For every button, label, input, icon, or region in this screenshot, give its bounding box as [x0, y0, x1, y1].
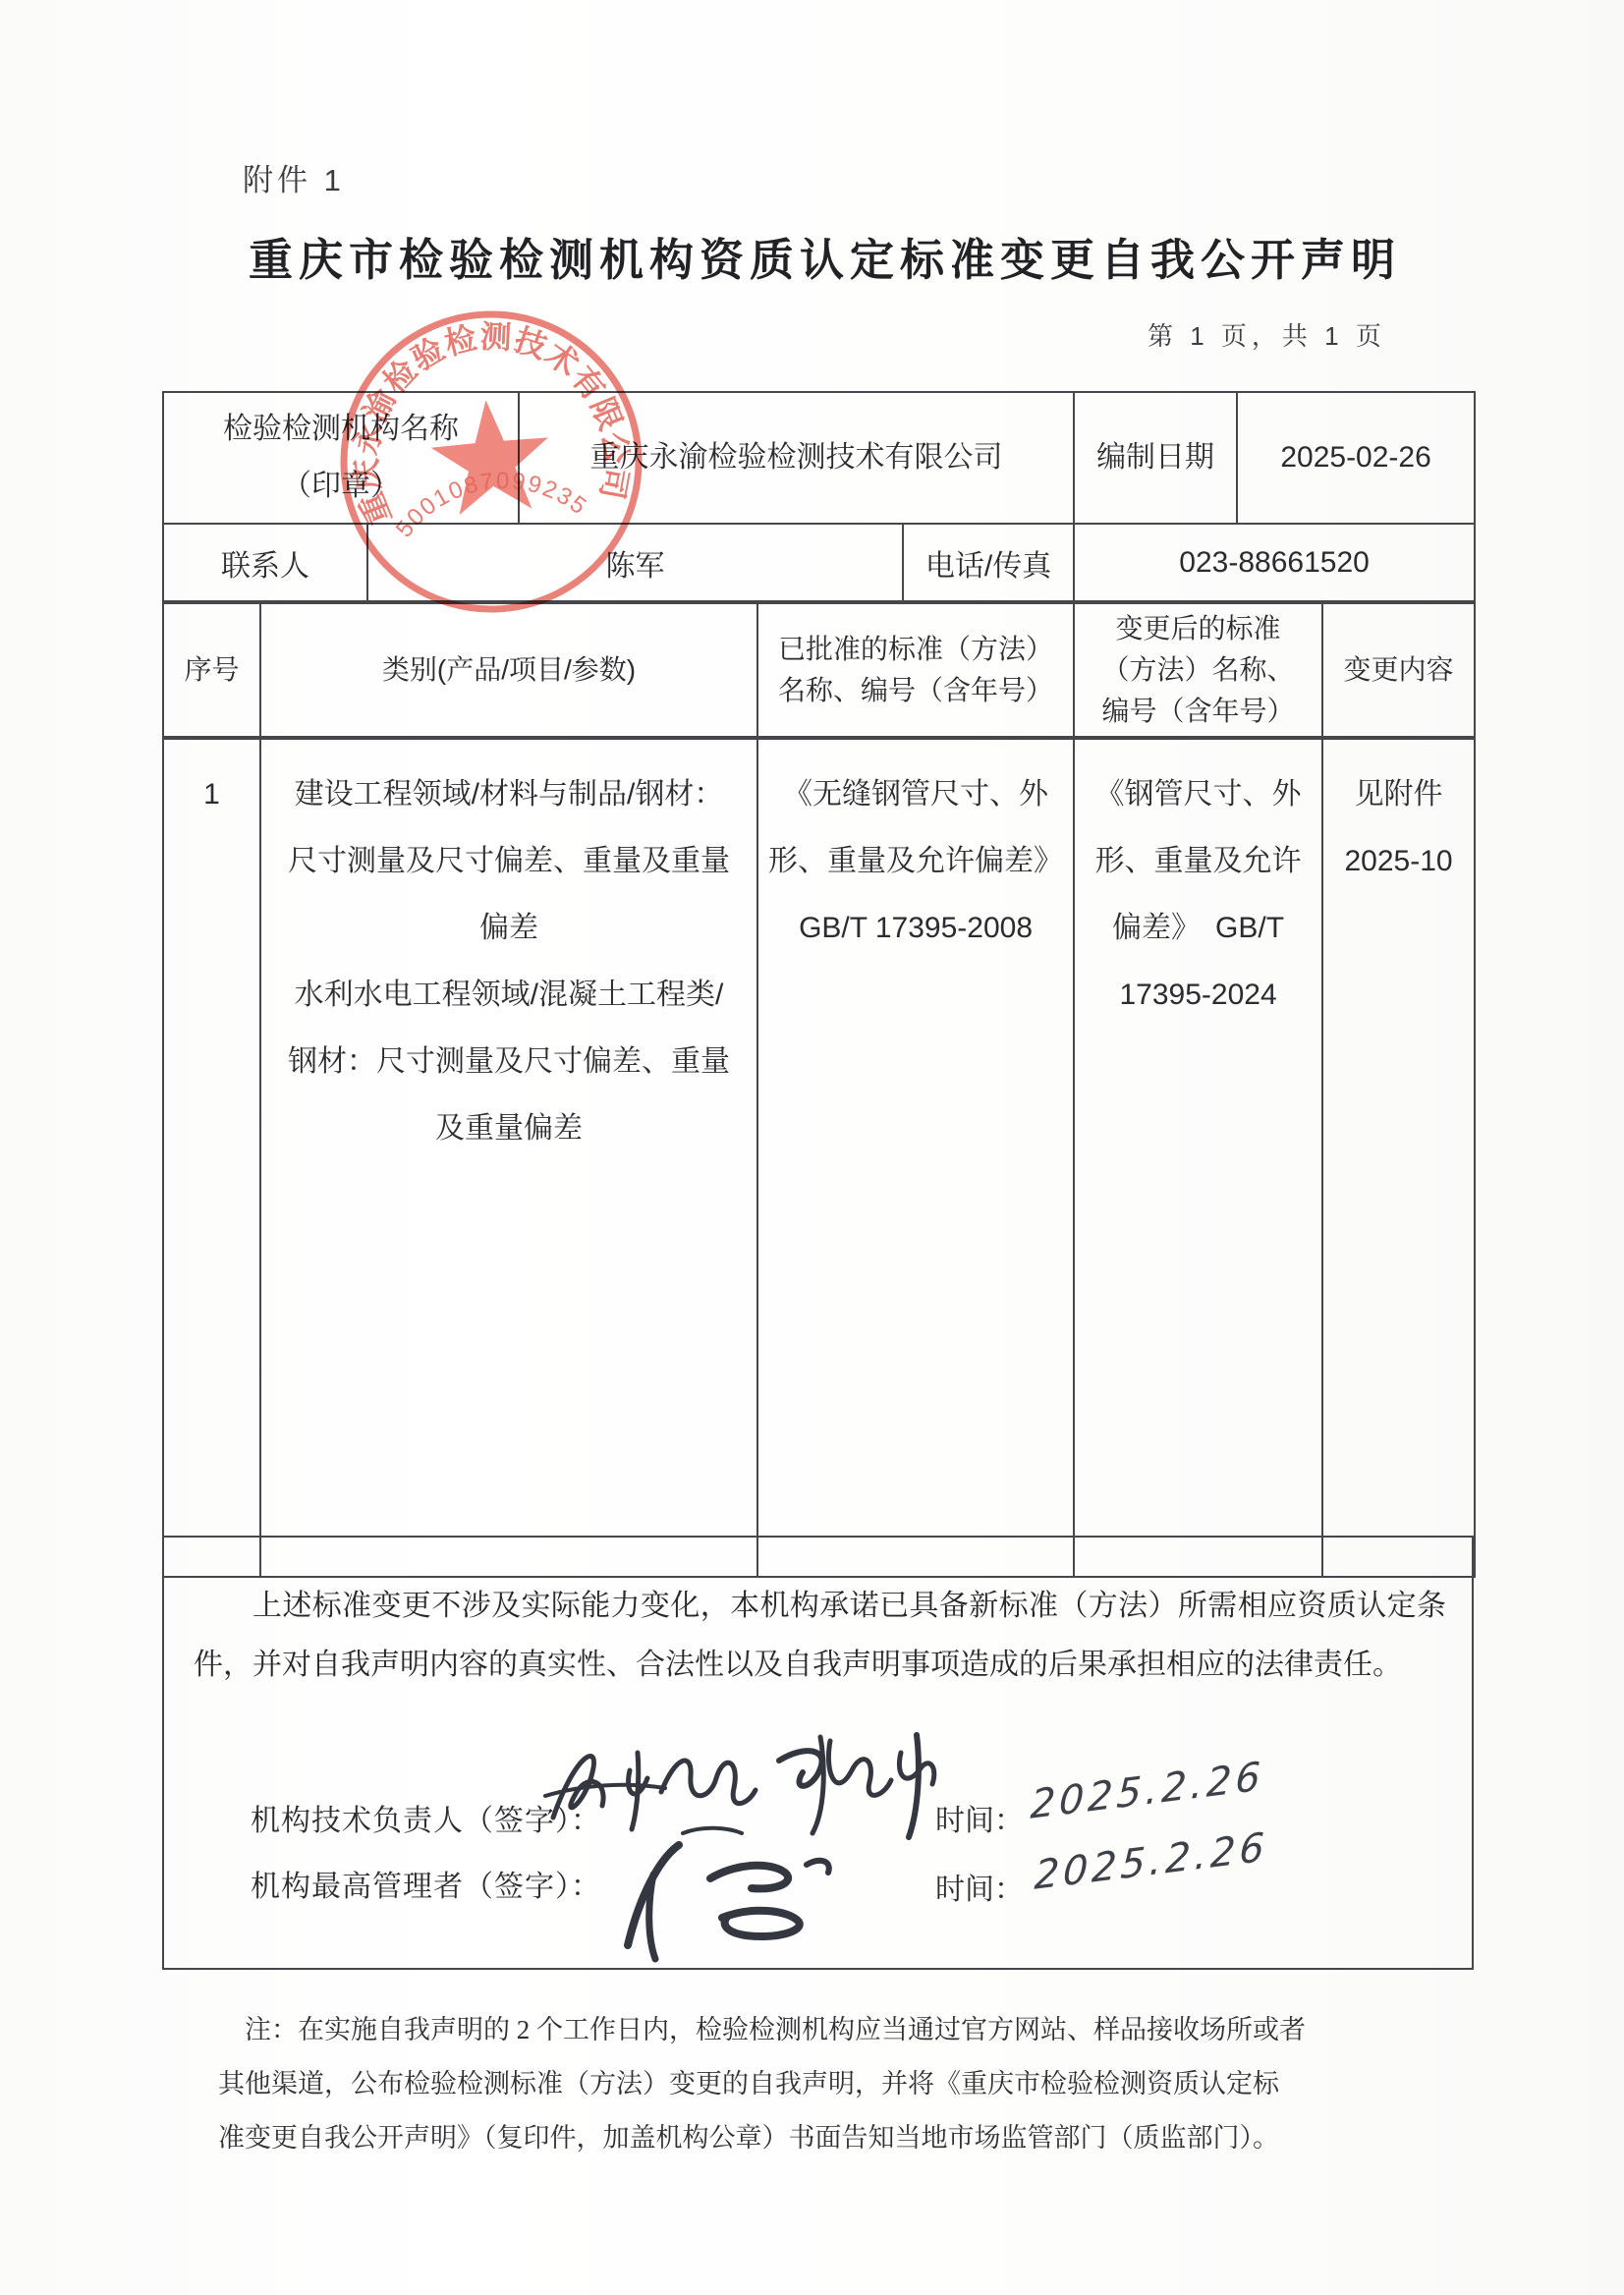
page-indicator: 第 1 页，共 1 页 — [1148, 316, 1386, 353]
header-changed-standard: 变更后的标准 （方法）名称、 编号（含年号） — [1074, 602, 1322, 738]
seal-serial-number: 5001087099235 — [386, 460, 594, 544]
top-manager-signature — [585, 1835, 869, 1973]
date-value-cell: 2025-02-26 — [1237, 392, 1475, 524]
header-change-content: 变更内容 — [1322, 602, 1475, 738]
attachment-label: 附件 1 — [243, 155, 345, 199]
cell-category: 建设工程领域/材料与制品/钢材： 尺寸测量及尺寸偏差、重量及重量 偏差 水利水电… — [260, 738, 757, 1577]
date-label-cell: 编制日期 — [1074, 392, 1237, 524]
company-seal-stamp: 重庆永渝检验检测技术有限公司 5001087099235 — [329, 300, 653, 624]
phone-label-cell: 电话/传真 — [903, 524, 1074, 602]
phone-value-cell: 023-88661520 — [1074, 524, 1475, 602]
time-label-2: 时间： — [935, 1865, 1024, 1908]
cell-changed-standard: 《钢管尺寸、外 形、重量及允许 偏差》 GB/T 17395-2024 — [1074, 738, 1322, 1577]
table-data-row: 1 建设工程领域/材料与制品/钢材： 尺寸测量及尺寸偏差、重量及重量 偏差 水利… — [163, 738, 1475, 1577]
header-seq: 序号 — [163, 602, 260, 738]
footer-note: 注：在实施自我声明的 2 个工作日内，检验检测机构应当通过官方网站、样品接收场所… — [218, 2003, 1421, 2165]
cell-approved-standard: 《无缝钢管尺寸、外 形、重量及允许偏差》 GB/T 17395-2008 — [757, 738, 1074, 1577]
cell-change-content: 见附件 2025-10 — [1322, 738, 1475, 1577]
commitment-statement: 上述标准变更不涉及实际能力变化，本机构承诺已具备新标准（方法）所需相应资质认定条… — [194, 1577, 1446, 1695]
document-page: 附件 1 重庆市检验检测机构资质认定标准变更自我公开声明 第 1 页，共 1 页… — [0, 0, 1624, 2295]
header-approved-standard: 已批准的标准（方法） 名称、编号（含年号） — [757, 602, 1074, 738]
cell-seq: 1 — [163, 738, 260, 1577]
page-title: 重庆市检验检测机构资质认定标准变更自我公开声明 — [249, 224, 1401, 288]
